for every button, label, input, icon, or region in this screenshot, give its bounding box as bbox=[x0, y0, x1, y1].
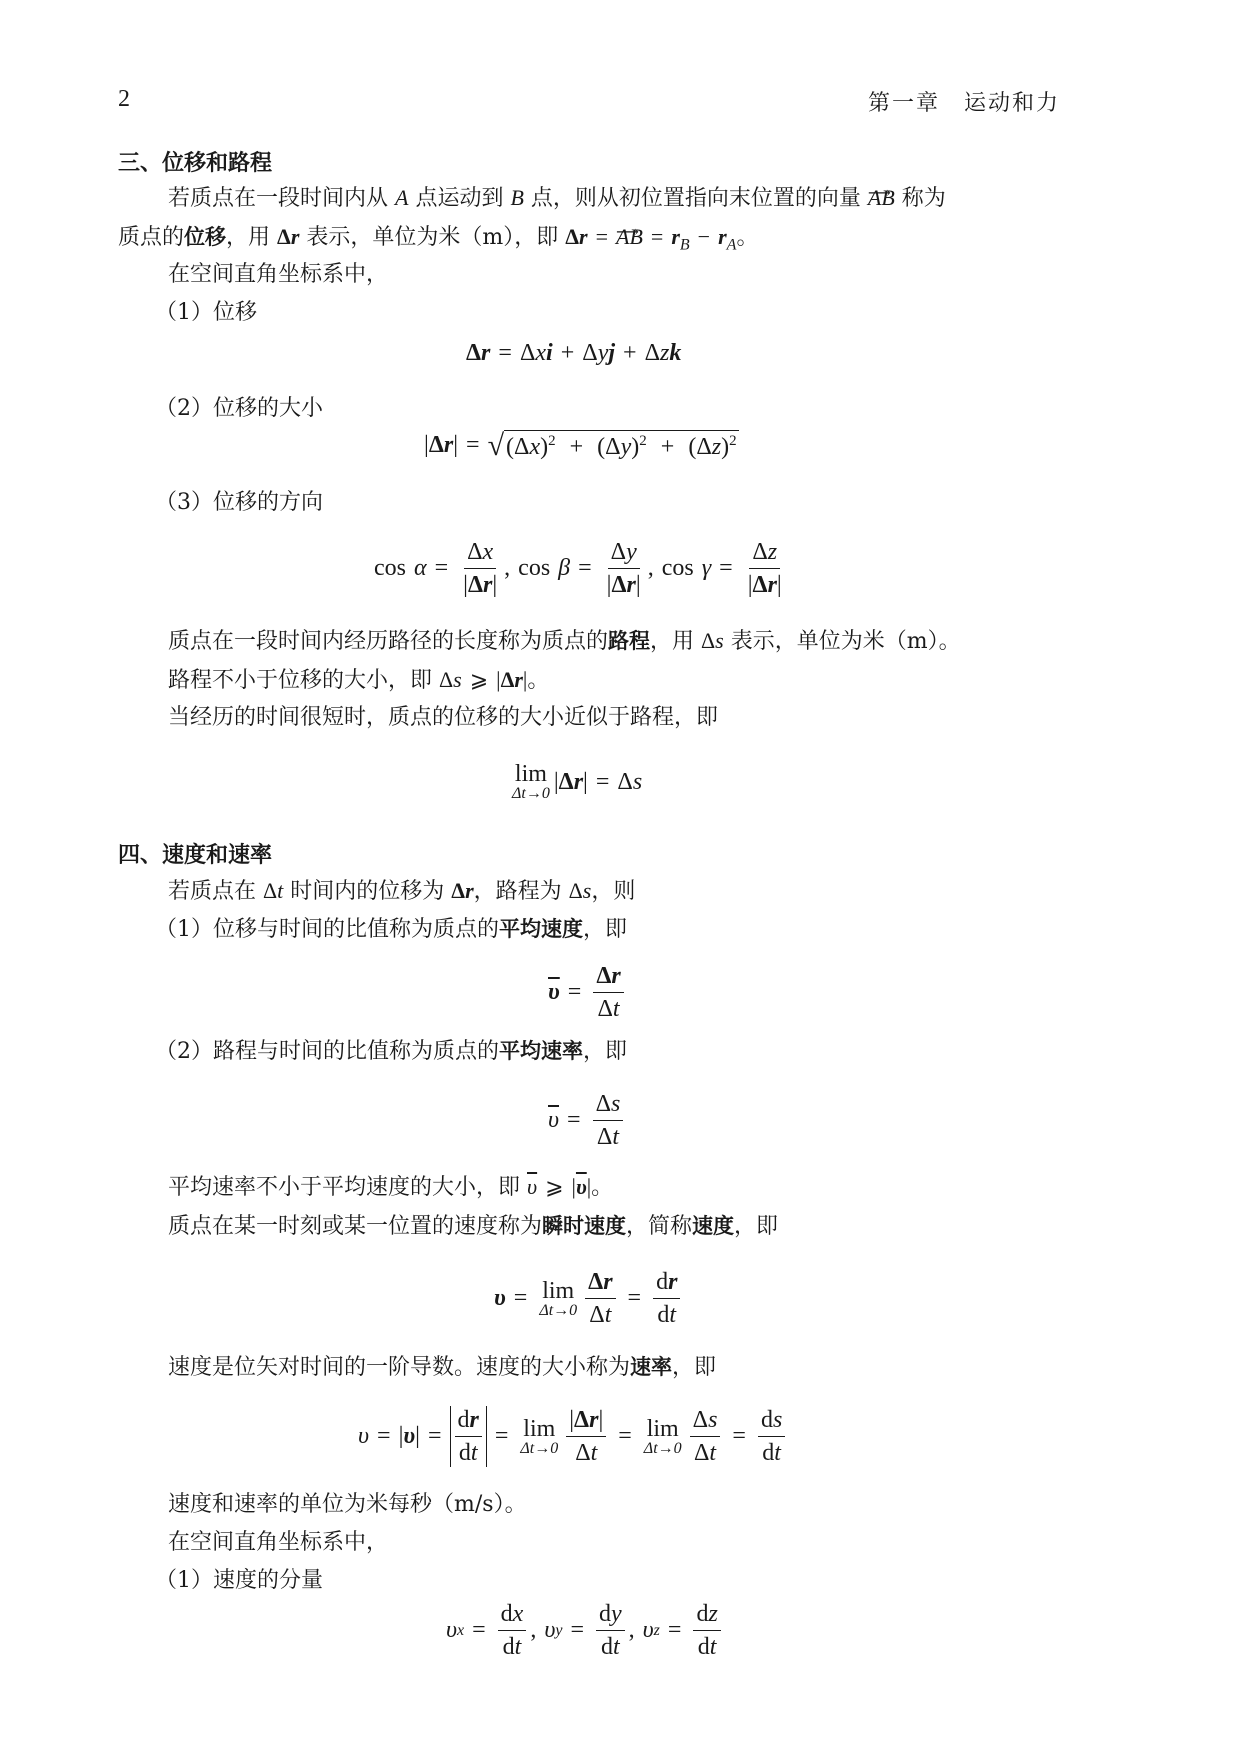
item-average-speed: （2）路程与时间的比值称为质点的平均速率，即 bbox=[155, 1036, 627, 1067]
coord-intro-2: 在空间直角坐标系中， bbox=[168, 1528, 388, 1558]
equation-speed: υ = |υ| = drdt = limΔt→0 |Δr|Δt = limΔt→… bbox=[358, 1406, 789, 1467]
item-displacement-magnitude: （2）位移的大小 bbox=[155, 394, 323, 424]
paragraph-units: 速度和速率的单位为米每秒（m/s）。 bbox=[168, 1490, 527, 1520]
paragraph-displacement-def-2: 质点的位移，用 Δr 表示，单位为米（m），即 Δr=⟶AB=rB−rA。 bbox=[118, 222, 758, 260]
keyword-velocity: 速度 bbox=[692, 1214, 734, 1238]
section-heading-velocity: 四、速度和速率 bbox=[118, 838, 272, 869]
equation-velocity-components: υx = dxdt, υy = dydt, υz = dzdt bbox=[446, 1600, 725, 1661]
equation-displacement-components: Δr = Δxi + Δyj + Δzk bbox=[466, 340, 681, 367]
item-displacement-direction: （3）位移的方向 bbox=[155, 488, 323, 518]
page-number: 2 bbox=[118, 86, 130, 113]
paragraph-instant-velocity: 质点在某一时刻或某一位置的速度称为瞬时速度，简称速度，即 bbox=[168, 1211, 778, 1242]
keyword-displacement: 位移 bbox=[184, 225, 226, 249]
coord-intro-1: 在空间直角坐标系中， bbox=[168, 260, 388, 290]
vector-ab: ⟶AB bbox=[868, 185, 895, 210]
item-velocity-components: （1）速度的分量 bbox=[155, 1566, 323, 1596]
equation-displacement-magnitude: |Δr| = √ (Δx)2 + (Δy)2 + (Δz)2 bbox=[424, 430, 739, 461]
running-title: 第一章 运动和力 bbox=[868, 86, 1060, 117]
paragraph-path-inequality: 路程不小于位移的大小，即 Δs⩾|Δr|。 bbox=[168, 665, 549, 696]
keyword-path: 路程 bbox=[608, 629, 650, 653]
paragraph-speed-def: 速度是位矢对时间的一阶导数。速度的大小称为速率，即 bbox=[168, 1352, 716, 1383]
equation-direction-cosines: cosα = Δx|Δr|, cosβ = Δy|Δr|, cosγ = Δz|… bbox=[374, 538, 789, 599]
equation-limit-path: limΔt→0 |Δr| = Δs bbox=[508, 762, 642, 802]
paragraph-path-def: 质点在一段时间内经历路径的长度称为质点的路程，用 Δs 表示，单位为米（m）。 bbox=[168, 626, 961, 657]
keyword-average-velocity: 平均速度 bbox=[499, 917, 583, 941]
equation-average-velocity: υ = ΔrΔt bbox=[548, 962, 628, 1023]
square-root: √ (Δx)2 + (Δy)2 + (Δz)2 bbox=[488, 430, 739, 461]
item-displacement: （1）位移 bbox=[155, 298, 257, 328]
keyword-average-speed: 平均速率 bbox=[499, 1039, 583, 1063]
keyword-speed: 速率 bbox=[630, 1355, 672, 1379]
paragraph-speed-inequality: 平均速率不小于平均速度的大小，即 υ⩾|υ|。 bbox=[168, 1172, 613, 1203]
paragraph-velocity-intro: 若质点在 Δt 时间内的位移为 Δr，路程为 Δs，则 bbox=[168, 876, 635, 907]
equation-instant-velocity: υ = limΔt→0 ΔrΔt = drdt bbox=[494, 1268, 684, 1329]
item-average-velocity: （1）位移与时间的比值称为质点的平均速度，即 bbox=[155, 914, 627, 945]
section-heading-displacement: 三、位移和路程 bbox=[118, 146, 272, 177]
equation-average-speed: υ = ΔsΔt bbox=[548, 1090, 627, 1151]
keyword-instant-velocity: 瞬时速度 bbox=[542, 1214, 626, 1238]
paragraph-short-time: 当经历的时间很短时，质点的位移的大小近似于路程，即 bbox=[168, 703, 718, 733]
paragraph-displacement-def-1: 若质点在一段时间内从 A 点运动到 B 点，则从初位置指向末位置的向量 ⟶AB … bbox=[168, 183, 946, 214]
